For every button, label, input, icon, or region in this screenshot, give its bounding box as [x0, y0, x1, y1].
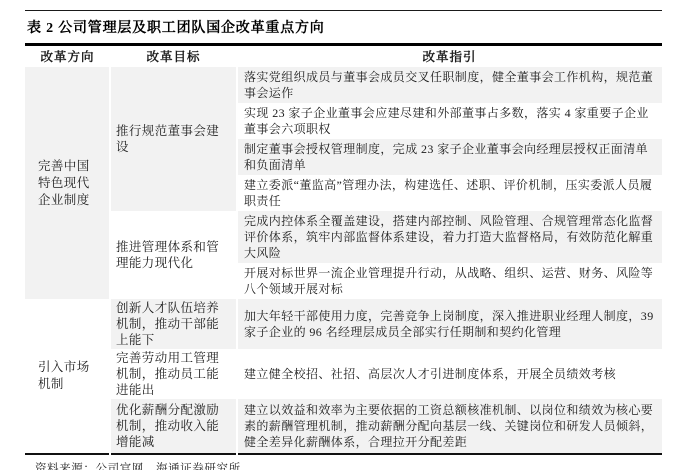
source-note: 资料来源：公司官网，海通证券研究所 [35, 460, 662, 470]
direction-cell: 完善中国特色现代企业制度 [25, 67, 110, 299]
column-header-direction: 改革方向 [25, 45, 110, 68]
guide-cell: 完成内控体系全覆盖建设，搭建内部控制、风险管理、合规管理常态化监督评价体系，筑牢… [237, 211, 662, 263]
guide-cell: 制定董事会授权管理制度，完成 23 家子企业董事会向经理层授权正面清单和负面清单 [237, 139, 662, 175]
report-table-block: 表 2 公司管理层及职工团队国企改革重点方向 改革方向 改革目标 改革指引 完善… [25, 10, 662, 470]
top-rule [25, 10, 662, 11]
guide-cell: 建立委派“董监高”管理办法，构建选任、述职、评价机制，压实委派人员履职责任 [237, 175, 662, 211]
guide-cell: 建立以效益和效率为主要依据的工资总额核准机制、以岗位和绩效为核心要素的薪酬管理机… [237, 399, 662, 454]
direction-cell: 引入市场机制 [25, 299, 110, 454]
table-row: 优化薪酬分配激励机制，推动收入能增能减 建立以效益和效率为主要依据的工资总额核准… [25, 399, 662, 454]
guide-cell: 建立健全校招、社招、高层次人才引进制度体系，开展全员绩效考核 [237, 349, 662, 399]
table-row: 推进管理体系和管理能力现代化 完成内控体系全覆盖建设，搭建内部控制、风险管理、合… [25, 211, 662, 263]
header-row: 改革方向 改革目标 改革指引 [25, 45, 662, 68]
column-header-target: 改革目标 [110, 45, 237, 68]
target-cell: 优化薪酬分配激励机制，推动收入能增能减 [110, 399, 237, 454]
target-cell: 完善劳动用工管理机制，推动员工能进能出 [110, 349, 237, 399]
table-row: 完善劳动用工管理机制，推动员工能进能出 建立健全校招、社招、高层次人才引进制度体… [25, 349, 662, 399]
target-cell: 创新人才队伍培养机制，推动干部能上能下 [110, 299, 237, 349]
guide-cell: 实现 23 家子企业董事会应建尽建和外部董事占多数，落实 4 家重要子企业董事会… [237, 103, 662, 139]
guide-cell: 加大年轻干部使用力度，完善竞争上岗制度，深入推进职业经理人制度，39 家子企业的… [237, 299, 662, 349]
table-header: 改革方向 改革目标 改革指引 [25, 45, 662, 68]
target-cell: 推进管理体系和管理能力现代化 [110, 211, 237, 299]
table-title: 表 2 公司管理层及职工团队国企改革重点方向 [27, 17, 662, 37]
guide-cell: 落实党组织成员与董事会成员交叉任职制度，健全董事会工作机构，规范董事会运作 [237, 67, 662, 103]
table-row: 完善中国特色现代企业制度 推行规范董事会建设 落实党组织成员与董事会成员交叉任职… [25, 67, 662, 103]
reform-table: 改革方向 改革目标 改革指引 完善中国特色现代企业制度 推行规范董事会建设 落实… [25, 43, 662, 455]
guide-cell: 开展对标世界一流企业管理提升行动，从战略、组织、运营、财务、风险等八个领域开展对… [237, 263, 662, 299]
table-row: 引入市场机制 创新人才队伍培养机制，推动干部能上能下 加大年轻干部使用力度，完善… [25, 299, 662, 349]
target-cell: 推行规范董事会建设 [110, 67, 237, 211]
table-body: 完善中国特色现代企业制度 推行规范董事会建设 落实党组织成员与董事会成员交叉任职… [25, 67, 662, 454]
column-header-guide: 改革指引 [237, 45, 662, 68]
